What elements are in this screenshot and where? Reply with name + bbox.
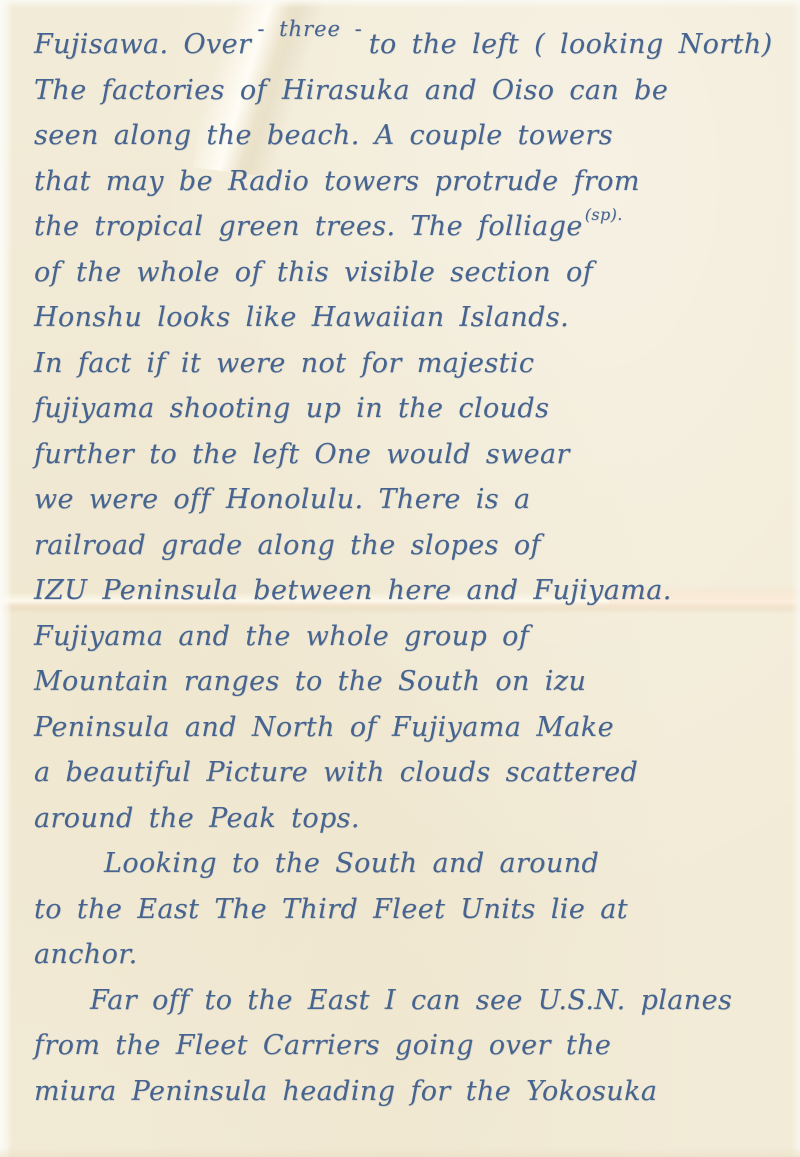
- handwritten-line: a beautiful Picture with clouds scattere…: [34, 750, 786, 796]
- line-text: Peninsula and North of Fujiyama Make: [34, 712, 614, 743]
- handwritten-line: IZU Peninsula between here and Fujiyama.: [34, 568, 786, 614]
- line-text: anchor.: [34, 939, 138, 970]
- handwritten-line-paragraph-start: Far off to the East I can see U.S.N. pla…: [34, 978, 786, 1024]
- spelling-note: (sp).: [585, 207, 623, 223]
- line-text: to the East The Third Fleet Units lie at: [34, 894, 628, 925]
- line-text: fujiyama shooting up in the clouds: [34, 393, 549, 424]
- line-text: IZU Peninsula between here and Fujiyama.: [34, 575, 672, 606]
- handwritten-line: of the whole of this visible section of: [34, 250, 786, 296]
- line-text: railroad grade along the slopes of: [34, 530, 541, 561]
- inserted-word-three: - three -: [257, 19, 362, 40]
- line-text: that may be Radio towers protrude from: [34, 166, 640, 197]
- handwritten-line: miura Peninsula heading for the Yokosuka: [34, 1069, 786, 1115]
- handwritten-line: railroad grade along the slopes of: [34, 523, 786, 569]
- line-text: Fujisawa. Over: [34, 29, 251, 60]
- scan-edge-left: [0, 0, 12, 1157]
- handwritten-line: Fujisawa. Over- three -to the left ( loo…: [34, 22, 786, 68]
- handwritten-line: The factories of Hirasuka and Oiso can b…: [34, 68, 786, 114]
- line-text: to the left ( looking North): [369, 29, 773, 60]
- handwritten-line: further to the left One would swear: [34, 432, 786, 478]
- handwritten-line: to the East The Third Fleet Units lie at: [34, 887, 786, 933]
- line-text: The factories of Hirasuka and Oiso can b…: [34, 75, 668, 106]
- line-text: Looking to the South and around: [104, 848, 599, 879]
- scan-edge-bottom: [0, 1147, 800, 1157]
- letter-body: Fujisawa. Over- three -to the left ( loo…: [34, 22, 786, 1114]
- line-text: the tropical green trees. The folliage: [34, 211, 583, 242]
- line-text: from the Fleet Carriers going over the: [34, 1030, 611, 1061]
- handwritten-line: seen along the beach. A couple towers: [34, 113, 786, 159]
- handwritten-line: we were off Honolulu. There is a: [34, 477, 786, 523]
- scan-edge-right: [791, 0, 800, 1157]
- line-text: Honshu looks like Hawaiian Islands.: [34, 302, 569, 333]
- handwritten-line: Peninsula and North of Fujiyama Make: [34, 705, 786, 751]
- scanned-letter-page: Fujisawa. Over- three -to the left ( loo…: [0, 0, 800, 1157]
- handwritten-line: anchor.: [34, 932, 786, 978]
- handwritten-line: around the Peak tops.: [34, 796, 786, 842]
- line-text: of the whole of this visible section of: [34, 257, 593, 288]
- handwritten-line: In fact if it were not for majestic: [34, 341, 786, 387]
- line-text: around the Peak tops.: [34, 803, 360, 834]
- line-text: In fact if it were not for majestic: [34, 348, 534, 379]
- line-text: a beautiful Picture with clouds scattere…: [34, 757, 638, 788]
- line-text: miura Peninsula heading for the Yokosuka: [34, 1076, 657, 1107]
- line-text: we were off Honolulu. There is a: [34, 484, 531, 515]
- line-text: further to the left One would swear: [34, 439, 570, 470]
- handwritten-line: fujiyama shooting up in the clouds: [34, 386, 786, 432]
- line-text: Mountain ranges to the South on izu: [34, 666, 586, 697]
- handwritten-line-paragraph-start: Looking to the South and around: [34, 841, 786, 887]
- handwritten-line: Fujiyama and the whole group of: [34, 614, 786, 660]
- line-text: Fujiyama and the whole group of: [34, 621, 529, 652]
- handwritten-line: Mountain ranges to the South on izu: [34, 659, 786, 705]
- handwritten-line: the tropical green trees. The folliage(s…: [34, 204, 786, 250]
- handwritten-line: Honshu looks like Hawaiian Islands.: [34, 295, 786, 341]
- line-text: Far off to the East I can see U.S.N. pla…: [90, 985, 732, 1016]
- handwritten-line: from the Fleet Carriers going over the: [34, 1023, 786, 1069]
- line-text: seen along the beach. A couple towers: [34, 120, 613, 151]
- scan-edge-top: [0, 0, 800, 8]
- handwritten-line: that may be Radio towers protrude from: [34, 159, 786, 205]
